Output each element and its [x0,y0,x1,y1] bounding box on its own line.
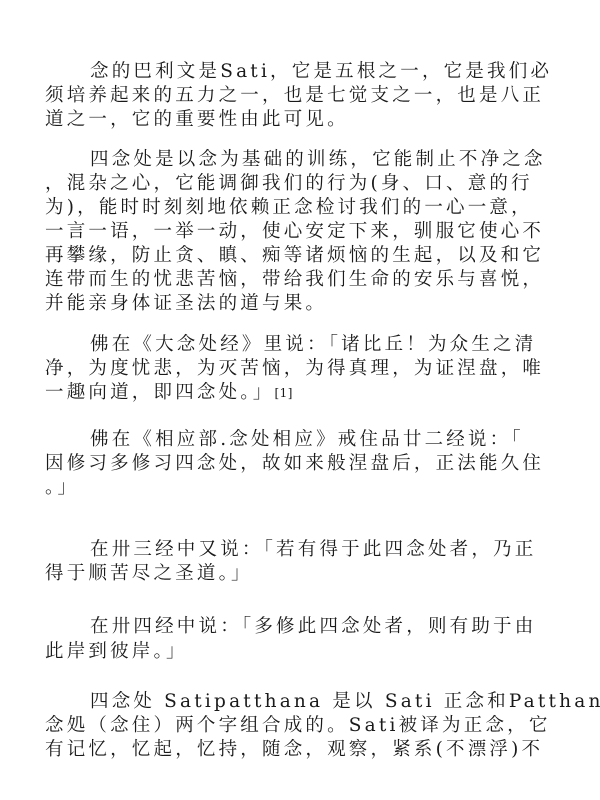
text-line: 佛在《相应部.念处相应》戒住品廿二经说：「 [90,428,570,452]
text-line: 须培养起来的五力之一，也是七觉支之一，也是八正 [45,84,570,108]
document-page: 念的巴利文是Sati，它是五根之一，它是我们必 须培养起来的五力之一，也是七觉支… [0,0,600,800]
text-line: 在卅四经中说：「多修此四念处者，则有助于由 [90,615,570,639]
text-line: 为)，能时时刻刻地依赖正念检讨我们的一心一意， [45,196,570,220]
text-line: 再攀缘，防止贪、瞋、痴等诸烦恼的生起，以及和它 [45,244,570,268]
text-line: 四念处是以念为基础的训练，它能制止不净之念 [90,148,570,172]
text-line: 净，为度忧悲，为灭苦恼，为得真理，为证涅盘，唯 [45,357,570,381]
text-line: 一趣向道，即四念处。」[1] [45,381,570,405]
text-line: 并能亲身体证圣法的道与果。 [45,292,570,316]
text-line: 念的巴利文是Sati，它是五根之一，它是我们必 [90,60,570,84]
text-line: 。」 [45,476,570,500]
text-line: 得于顺苦尽之圣道。」 [45,562,570,586]
text-line: 连带而生的忧悲苦恼，带给我们生命的安乐与喜悦， [45,268,570,292]
text-line: 此岸到彼岸。」 [45,640,570,664]
text-line: 在卅三经中又说：「若有得于此四念处者，乃正 [90,538,570,562]
footnote-reference[interactable]: [1] [274,386,293,400]
text-line: 道之一，它的重要性由此可见。 [45,108,570,132]
text-line: 念処（念住）两个字组合成的。Sati被译为正念，它 [45,714,570,738]
text-line: 因修习多修习四念处，故如来般涅盘后，正法能久住 [45,452,570,476]
text-line: 一言一语，一举一动，使心安定下来，驯服它使心不 [45,220,570,244]
text-line: 佛在《大念处经》里说：「诸比丘！为众生之清 [90,333,570,357]
text-line: 有记忆，忆起，忆持，随念，观察，紧系(不漂浮)不 [45,738,570,762]
text-line: ，混杂之心，它能调御我们的行为(身、口、意的行 [45,172,570,196]
text-line: 四念处 Satipatthana 是以 Sati 正念和Patthana [90,690,570,714]
text-span: 一趣向道，即四念处。」 [45,382,274,403]
